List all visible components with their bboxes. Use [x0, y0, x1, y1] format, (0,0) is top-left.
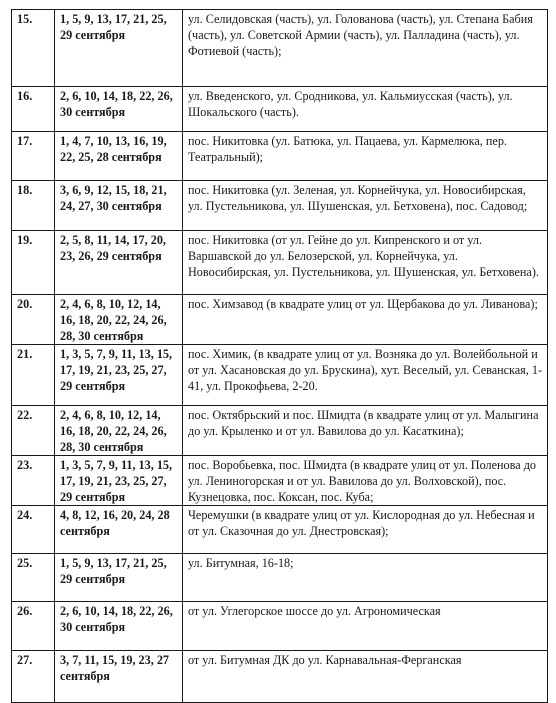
row-number: 16. — [12, 87, 55, 132]
row-dates: 3, 6, 9, 12, 15, 18, 21, 24, 27, 30 сент… — [55, 181, 183, 231]
table-row: 16. 2, 6, 10, 14, 18, 22, 26, 30 сентябр… — [12, 87, 548, 132]
row-dates: 2, 4, 6, 8, 10, 12, 14, 16, 18, 20, 22, … — [55, 295, 183, 345]
row-dates: 1, 3, 5, 7, 9, 11, 13, 15, 17, 19, 21, 2… — [55, 456, 183, 506]
table-row: 24. 4, 8, 12, 16, 20, 24, 28 сентября Че… — [12, 506, 548, 554]
table-row: 21. 1, 3, 5, 7, 9, 11, 13, 15, 17, 19, 2… — [12, 345, 548, 406]
table-row: 23. 1, 3, 5, 7, 9, 11, 13, 15, 17, 19, 2… — [12, 456, 548, 506]
row-number: 19. — [12, 231, 55, 295]
row-streets: от ул. Углегорское шоссе до ул. Агрономи… — [183, 602, 548, 651]
row-number: 21. — [12, 345, 55, 406]
row-number: 25. — [12, 554, 55, 602]
row-streets: пос. Воробьевка, пос. Шмидта (в квадрате… — [183, 456, 548, 506]
row-number: 23. — [12, 456, 55, 506]
table-row: 25. 1, 5, 9, 13, 17, 21, 25, 29 сентября… — [12, 554, 548, 602]
row-dates: 2, 5, 8, 11, 14, 17, 20, 23, 26, 29 сент… — [55, 231, 183, 295]
row-dates: 2, 6, 10, 14, 18, 22, 26, 30 сентября — [55, 602, 183, 651]
table-row: 20. 2, 4, 6, 8, 10, 12, 14, 16, 18, 20, … — [12, 295, 548, 345]
row-dates: 4, 8, 12, 16, 20, 24, 28 сентября — [55, 506, 183, 554]
table-row: 26. 2, 6, 10, 14, 18, 22, 26, 30 сентябр… — [12, 602, 548, 651]
table-row: 17. 1, 4, 7, 10, 13, 16, 19, 22, 25, 28 … — [12, 132, 548, 181]
row-dates: 1, 5, 9, 13, 17, 21, 25, 29 сентября — [55, 10, 183, 87]
table-row: 27. 3, 7, 11, 15, 19, 23, 27 сентября от… — [12, 651, 548, 703]
row-dates: 1, 3, 5, 7, 9, 11, 13, 15, 17, 19, 21, 2… — [55, 345, 183, 406]
row-streets: пос. Химик, (в квадрате улиц от ул. Возн… — [183, 345, 548, 406]
row-streets: пос. Никитовка (ул. Батюка, ул. Пацаева,… — [183, 132, 548, 181]
row-dates: 2, 6, 10, 14, 18, 22, 26, 30 сентября — [55, 87, 183, 132]
table-row: 18. 3, 6, 9, 12, 15, 18, 21, 24, 27, 30 … — [12, 181, 548, 231]
row-number: 24. — [12, 506, 55, 554]
row-number: 27. — [12, 651, 55, 703]
row-number: 20. — [12, 295, 55, 345]
row-streets: от ул. Битумная ДК до ул. Карнавальная-Ф… — [183, 651, 548, 703]
table-row: 15. 1, 5, 9, 13, 17, 21, 25, 29 сентября… — [12, 10, 548, 87]
row-dates: 3, 7, 11, 15, 19, 23, 27 сентября — [55, 651, 183, 703]
row-streets: пос. Химзавод (в квадрате улиц от ул. Ще… — [183, 295, 548, 345]
row-streets: пос. Никитовка (от ул. Гейне до ул. Кипр… — [183, 231, 548, 295]
row-streets: пос. Октябрьский и пос. Шмидта (в квадра… — [183, 406, 548, 456]
row-streets: ул. Селидовская (часть), ул. Голованова … — [183, 10, 548, 87]
table-row: 19. 2, 5, 8, 11, 14, 17, 20, 23, 26, 29 … — [12, 231, 548, 295]
row-streets: Черемушки (в квадрате улиц от ул. Кислор… — [183, 506, 548, 554]
row-dates: 2, 4, 6, 8, 10, 12, 14, 16, 18, 20, 22, … — [55, 406, 183, 456]
row-number: 26. — [12, 602, 55, 651]
schedule-table: 15. 1, 5, 9, 13, 17, 21, 25, 29 сентября… — [11, 9, 548, 703]
row-dates: 1, 4, 7, 10, 13, 16, 19, 22, 25, 28 сент… — [55, 132, 183, 181]
table-row: 22. 2, 4, 6, 8, 10, 12, 14, 16, 18, 20, … — [12, 406, 548, 456]
row-number: 22. — [12, 406, 55, 456]
row-streets: ул. Введенского, ул. Сродникова, ул. Кал… — [183, 87, 548, 132]
row-number: 18. — [12, 181, 55, 231]
row-streets: пос. Никитовка (ул. Зеленая, ул. Корнейч… — [183, 181, 548, 231]
row-number: 15. — [12, 10, 55, 87]
row-streets: ул. Битумная, 16-18; — [183, 554, 548, 602]
row-dates: 1, 5, 9, 13, 17, 21, 25, 29 сентября — [55, 554, 183, 602]
row-number: 17. — [12, 132, 55, 181]
